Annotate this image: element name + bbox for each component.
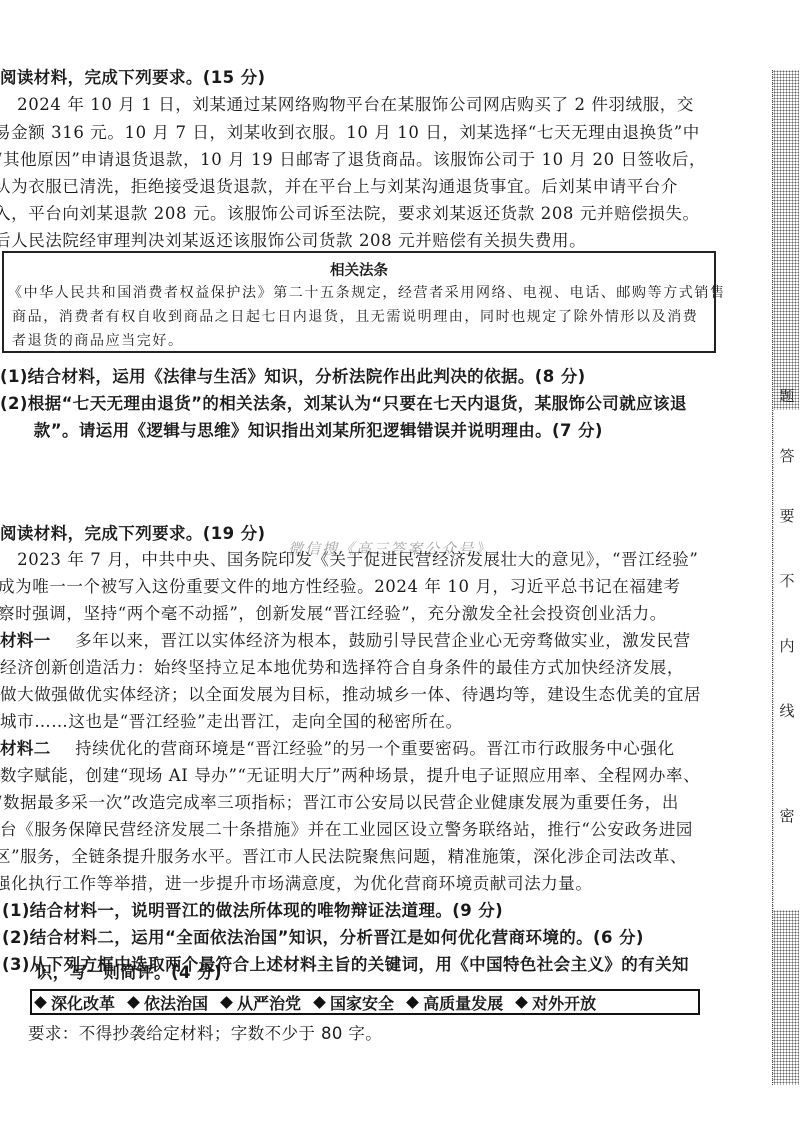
keyword-label: 依法治国 <box>144 991 208 1014</box>
material2-line: 数字赋能，创建“现场 AI 导办”“无证明大厅”两种场景，提升电子证照应用率、全… <box>0 764 700 788</box>
keyword-item: 从严治党 <box>222 991 301 1014</box>
material2-line: 区”服务，全链条提升服务水平。晋江市人民法院聚焦问题，精准施策，深化涉企司法改革… <box>0 845 687 869</box>
keyword-label: 对外开放 <box>532 991 596 1014</box>
keyword-item: 对外开放 <box>517 991 596 1014</box>
binding-strip: 题 答 要 不 内 线 密 <box>772 70 799 1085</box>
law-box-line: 商品，消费者有权自收到商品之日起七日内退货，且无需说明理由，同时也规定了除外情形… <box>12 305 698 329</box>
q2-question-1: (1)结合材料一，说明晋江的做法所体现的唯物辩证法道理。(9 分) <box>2 899 503 923</box>
requirement-text: 要求：不得抄袭给定材料；字数不少于 80 字。 <box>28 1022 382 1046</box>
q1-material-line: “其他原因”申请退货退款，10 月 19 日邮寄了退货商品。该服饰公司于 10 … <box>0 148 706 172</box>
binding-char: 要 <box>778 505 796 526</box>
watermark: 微信搜《高三答案公众号》 <box>288 538 492 559</box>
q2-intro-line: 察时强调，坚持“两个毫不动摇”，创新发展“晋江经验”，充分激发全社会投资创业活力… <box>0 602 667 626</box>
binding-char: 内 <box>778 635 796 656</box>
law-box-line: 《中华人民共和国消费者权益保护法》第二十五条规定，经营者采用网络、电视、电话、邮… <box>8 281 726 305</box>
binding-text-area <box>774 410 799 910</box>
diamond-icon <box>515 996 528 1009</box>
keyword-label: 从严治党 <box>237 991 301 1014</box>
keyword-label: 高质量发展 <box>423 991 503 1014</box>
q1-question-2: (2)根据“七天无理由退货”的相关法条，刘某认为“只要在七天内退货，某服饰公司就… <box>0 392 687 416</box>
material2-line: 台《服务保障民营经济发展二十条措施》并在工业园区设立警务联络站，推行“公安政务进… <box>0 818 693 842</box>
q1-material-line: 认为衣服已清洗，拒绝接受退货退款，并在平台上与刘某沟通退货事宜。后刘某申请平台介 <box>0 175 678 199</box>
keyword-item: 依法治国 <box>129 991 208 1014</box>
material2-label: 材料二 <box>0 737 51 761</box>
diamond-icon <box>34 996 47 1009</box>
diamond-icon <box>313 996 326 1009</box>
q1-material-line: 2024 年 10 月 1 日，刘某通过某网络购物平台在某服饰公司网店购买了 2… <box>0 93 694 117</box>
law-box-title: 相关法条 <box>4 259 714 280</box>
binding-char: 题 <box>778 385 796 406</box>
diamond-icon <box>127 996 140 1009</box>
keyword-label: 国家安全 <box>330 991 394 1014</box>
material1-line: 经济创新创造活力：始终坚持立足本地优势和选择符合自身条件的最佳方式加快经济发展， <box>0 656 684 680</box>
q2-question-2: (2)结合材料二，运用“全面依法治国”知识，分析晋江是如何优化营商环境的。(6 … <box>2 926 644 950</box>
material1-line: 城市……这也是“晋江经验”走出晋江，走向全国的秘密所在。 <box>0 710 463 734</box>
material2-line: “数据最多采一次”改造完成率三项指标；晋江市公安局以民营企业健康发展为重要任务，… <box>0 791 679 815</box>
keyword-item: 深化改革 <box>36 991 115 1014</box>
q1-question-1: (1)结合材料，运用《法律与生活》知识，分析法院作出此判决的依据。(8 分) <box>0 365 586 389</box>
q1-material-line: 后人民法院经审理判决刘某返还该服饰公司货款 208 元并赔偿有关损失费用。 <box>0 229 586 253</box>
keyword-item: 国家安全 <box>315 991 394 1014</box>
q2-instruction: 阅读材料，完成下列要求。(19 分) <box>0 522 266 546</box>
q1-question-2-cont: 款”。请运用《逻辑与思维》知识指出刘某所犯逻辑错误并说明理由。(7 分) <box>0 419 603 443</box>
binding-char: 密 <box>778 805 796 826</box>
keyword-box: 深化改革 依法治国 从严治党 国家安全 高质量发展 对外开放 <box>30 989 700 1015</box>
q1-material-line: 易金额 316 元。10 月 7 日，刘某收到衣服。10 月 10 日，刘某选择… <box>0 121 700 145</box>
q1-instruction: 阅读材料，完成下列要求。(15 分) <box>0 66 266 90</box>
keyword-label: 深化改革 <box>51 991 115 1014</box>
material2-line: 持续优化的营商环境是“晋江经验”的另一个重要密码。晋江市行政服务中心强化 <box>58 737 675 761</box>
q2-intro-line: 成为唯一一个被写入这份重要文件的地方性经验。2024 年 10 月，习近平总书记… <box>0 575 681 599</box>
material2-line: 强化执行工作等举措，进一步提升市场满意度，为优化营商环境贡献司法力量。 <box>0 872 593 896</box>
diamond-icon <box>220 996 233 1009</box>
binding-char: 不 <box>778 570 796 591</box>
keyword-item: 高质量发展 <box>408 991 503 1014</box>
q1-material-line: 入，平台向刘某退款 208 元。该服饰公司诉至法院，要求刘某返还货款 208 元… <box>0 202 700 226</box>
law-box-line: 者退货的商品应当完好。 <box>12 329 184 353</box>
binding-char: 答 <box>778 445 796 466</box>
material1-line: 多年以来，晋江以实体经济为根本，鼓励引导民营企业心无旁骛做实业，激发民营 <box>58 629 691 653</box>
law-box: 相关法条 《中华人民共和国消费者权益保护法》第二十五条规定，经营者采用网络、电视… <box>2 251 716 353</box>
material1-line: 做大做强做优实体经济；以全面发展为目标，推动城乡一体、待遇均等，建设生态优美的宜… <box>0 683 701 707</box>
binding-char: 线 <box>778 700 796 721</box>
q2-question-3-cont: 识，写一则简评。(4 分) <box>2 961 222 985</box>
diamond-icon <box>406 996 419 1009</box>
material1-label: 材料一 <box>0 629 51 653</box>
